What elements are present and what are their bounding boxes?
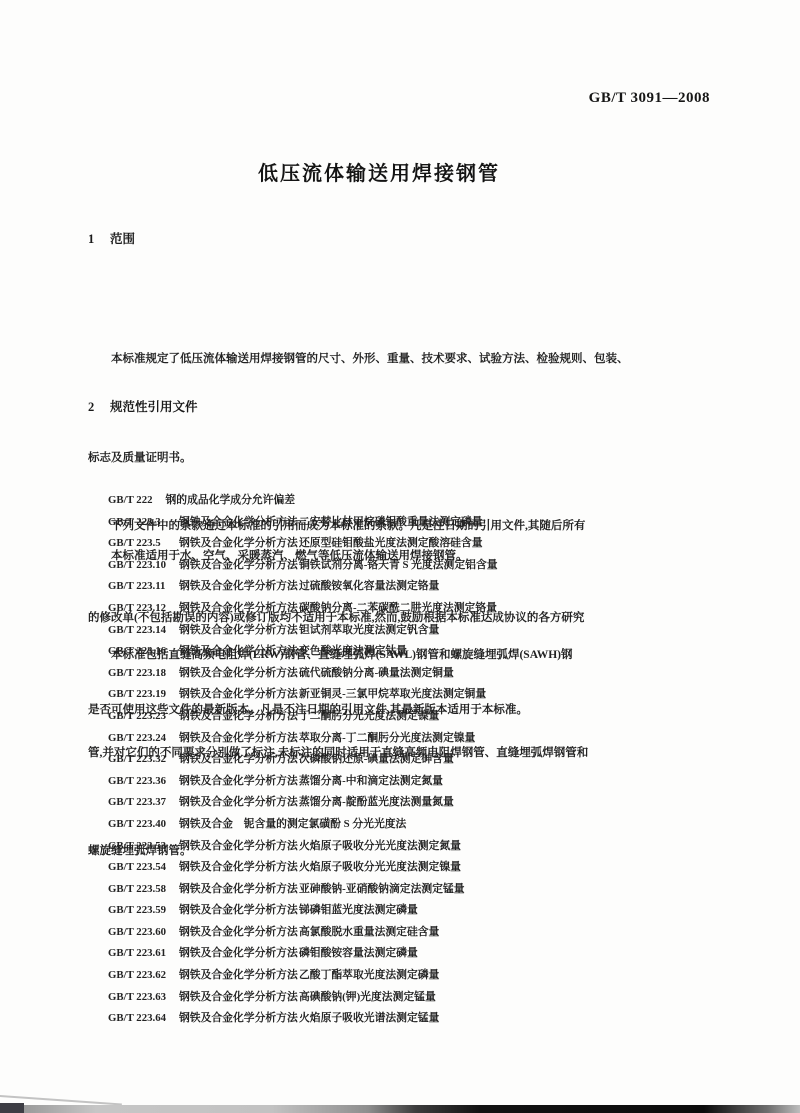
reference-desc: 乙酸丁酯萃取光度法测定磷量 bbox=[299, 969, 439, 981]
reference-desc: 次磷酸钠还原-碘量法测定砷含量 bbox=[299, 753, 454, 765]
reference-method: 钢铁及合金化学分析方法 bbox=[179, 836, 299, 858]
section-2-title: 规范性引用文件 bbox=[110, 400, 198, 414]
reference-desc: 锑磷钼蓝光度法测定磷量 bbox=[299, 904, 418, 916]
reference-code: GB/T 223.19 bbox=[108, 684, 179, 706]
reference-row: GB/T 223.3钢铁及合金化学分析方法二安替比林甲烷磷钼酸重量法测定磷量 bbox=[108, 512, 780, 534]
reference-method: 钢铁及合金化学分析方法 bbox=[179, 576, 299, 598]
reference-method: 钢铁及合金化学分析方法 bbox=[179, 512, 299, 534]
reference-code: GB/T 223.3 bbox=[108, 512, 179, 534]
reference-desc: 火焰原子吸收光谱法测定锰量 bbox=[299, 1012, 439, 1024]
reference-method: 钢铁及合金化学分析方法 bbox=[179, 771, 299, 793]
reference-row: GB/T 223.11钢铁及合金化学分析方法过硫酸铵氧化容量法测定铬量 bbox=[108, 576, 780, 598]
reference-method: 钢铁及合金化学分析方法 bbox=[179, 641, 299, 663]
reference-row: GB/T 223.24钢铁及合金化学分析方法萃取分离-丁二酮肟分光度法测定镍量 bbox=[108, 728, 780, 750]
reference-row: GB/T 223.12钢铁及合金化学分析方法碳酸钠分离-二苯碳酰二肼光度法测定铬… bbox=[108, 598, 780, 620]
reference-method: 钢铁及合金化学分析方法 bbox=[179, 879, 299, 901]
section-2-heading: 2规范性引用文件 bbox=[88, 397, 198, 415]
reference-row: GB/T 222钢的成品化学成分允许偏差 bbox=[108, 490, 780, 512]
reference-code: GB/T 223.23 bbox=[108, 706, 179, 728]
reference-desc: 硫代硫酸钠分离-碘量法测定铜量 bbox=[299, 667, 454, 679]
reference-row: GB/T 223.54钢铁及合金化学分析方法火焰原子吸收分光光度法测定镍量 bbox=[108, 857, 780, 879]
reference-row: GB/T 223.62钢铁及合金化学分析方法乙酸丁酯萃取光度法测定磷量 bbox=[108, 965, 780, 987]
reference-row: GB/T 223.36钢铁及合金化学分析方法蒸馏分离-中和滴定法测定氮量 bbox=[108, 771, 780, 793]
reference-row: GB/T 223.14钢铁及合金化学分析方法钽试剂萃取光度法测定钒含量 bbox=[108, 620, 780, 642]
reference-code: GB/T 223.40 bbox=[108, 814, 179, 836]
reference-method: 钢铁及合金化学分析方法 bbox=[179, 943, 299, 965]
references-list: GB/T 222钢的成品化学成分允许偏差 GB/T 223.3钢铁及合金化学分析… bbox=[108, 490, 780, 1030]
reference-method: 钢铁及合金化学分析方法 bbox=[179, 555, 299, 577]
reference-method: 钢铁及合金化学分析方法 bbox=[179, 728, 299, 750]
reference-row: GB/T 223.53钢铁及合金化学分析方法火焰原子吸收分光光度法测定氮量 bbox=[108, 836, 780, 858]
reference-method: 钢铁及合金化学分析方法 bbox=[179, 792, 299, 814]
reference-row: GB/T 223.58钢铁及合金化学分析方法亚砷酸钠-亚硝酸钠滴定法测定锰量 bbox=[108, 879, 780, 901]
reference-method: 钢铁及合金化学分析方法 bbox=[179, 965, 299, 987]
reference-method: 钢铁及合金化学分析方法 bbox=[179, 533, 299, 555]
reference-desc: 亚砷酸钠-亚硝酸钠滴定法测定锰量 bbox=[299, 883, 465, 895]
reference-desc: 铜铁试剂分离-铬天青 S 光度法测定铝含量 bbox=[299, 559, 498, 571]
reference-desc: 新亚铜灵-三氯甲烷萃取光度法测定铜量 bbox=[299, 688, 486, 700]
reference-code: GB/T 223.59 bbox=[108, 900, 179, 922]
reference-method: 钢铁及合金 铌含量的测定 bbox=[179, 814, 309, 836]
reference-row: GB/T 223.59钢铁及合金化学分析方法锑磷钼蓝光度法测定磷量 bbox=[108, 900, 780, 922]
reference-desc: 萃取分离-丁二酮肟分光度法测定镍量 bbox=[299, 732, 475, 744]
reference-desc: 高碘酸钠(钾)光度法测定锰量 bbox=[299, 991, 436, 1003]
reference-code: GB/T 223.62 bbox=[108, 965, 179, 987]
reference-method: 钢铁及合金化学分析方法 bbox=[179, 987, 299, 1009]
reference-row: GB/T 223.18钢铁及合金化学分析方法硫代硫酸钠分离-碘量法测定铜量 bbox=[108, 663, 780, 685]
reference-code: GB/T 223.12 bbox=[108, 598, 179, 620]
reference-desc: 变色酸光度法测定钛量 bbox=[299, 645, 407, 657]
reference-code: GB/T 223.61 bbox=[108, 943, 179, 965]
reference-row: GB/T 223.61钢铁及合金化学分析方法磷钼酸铵容量法测定磷量 bbox=[108, 943, 780, 965]
reference-desc: 蒸馏分离-中和滴定法测定氮量 bbox=[299, 775, 443, 787]
section-1-title: 范围 bbox=[110, 232, 135, 246]
reference-desc: 火焰原子吸收分光光度法测定镍量 bbox=[299, 861, 461, 873]
reference-method: 钢铁及合金化学分析方法 bbox=[179, 663, 299, 685]
reference-desc: 钽试剂萃取光度法测定钒含量 bbox=[299, 624, 439, 636]
reference-desc: 蒸馏分离-靛酚蓝光度法测量氮量 bbox=[299, 796, 454, 808]
reference-code: GB/T 223.60 bbox=[108, 922, 179, 944]
scan-artifact-corner-chip bbox=[0, 1103, 24, 1113]
reference-row: GB/T 223.19钢铁及合金化学分析方法新亚铜灵-三氯甲烷萃取光度法测定铜量 bbox=[108, 684, 780, 706]
reference-method: 钢铁及合金化学分析方法 bbox=[179, 706, 299, 728]
reference-code: GB/T 223.11 bbox=[108, 576, 179, 598]
scan-artifact-bottom-edge bbox=[0, 1105, 800, 1113]
section-1-heading: 1范围 bbox=[88, 229, 135, 247]
reference-code: GB/T 223.37 bbox=[108, 792, 179, 814]
reference-code: GB/T 222 bbox=[108, 490, 153, 512]
reference-desc: 火焰原子吸收分光光度法测定氮量 bbox=[299, 840, 461, 852]
reference-code: GB/T 223.36 bbox=[108, 771, 179, 793]
reference-code: GB/T 223.5 bbox=[108, 533, 179, 555]
reference-code: GB/T 223.24 bbox=[108, 728, 179, 750]
reference-code: GB/T 223.16 bbox=[108, 641, 179, 663]
reference-desc: 过硫酸铵氧化容量法测定铬量 bbox=[299, 580, 439, 592]
reference-desc: 还原型硅钼酸盐光度法测定酸溶硅含量 bbox=[299, 537, 483, 549]
document-title: 低压流体输送用焊接钢管 bbox=[88, 157, 670, 186]
reference-row: GB/T 223.37钢铁及合金化学分析方法蒸馏分离-靛酚蓝光度法测量氮量 bbox=[108, 792, 780, 814]
section-1-number: 1 bbox=[88, 232, 98, 247]
reference-row: GB/T 223.23钢铁及合金化学分析方法丁二酮肟分光光度法测定镍量 bbox=[108, 706, 780, 728]
reference-row: GB/T 223.16钢铁及合金化学分析方法变色酸光度法测定钛量 bbox=[108, 641, 780, 663]
reference-row: GB/T 223.63钢铁及合金化学分析方法高碘酸钠(钾)光度法测定锰量 bbox=[108, 987, 780, 1009]
reference-code: GB/T 223.10 bbox=[108, 555, 179, 577]
reference-method: 钢铁及合金化学分析方法 bbox=[179, 684, 299, 706]
reference-code: GB/T 223.54 bbox=[108, 857, 179, 879]
reference-code: GB/T 223.58 bbox=[108, 879, 179, 901]
reference-desc: 氯磺酚 S 分光光度法 bbox=[309, 818, 407, 830]
reference-method: 钢铁及合金化学分析方法 bbox=[179, 900, 299, 922]
reference-code: GB/T 223.14 bbox=[108, 620, 179, 642]
reference-row: GB/T 223.40钢铁及合金 铌含量的测定氯磺酚 S 分光光度法 bbox=[108, 814, 780, 836]
paragraph-line: 本标准规定了低压流体输送用焊接钢管的尺寸、外形、重量、技术要求、试验方法、检验规… bbox=[88, 347, 760, 372]
scanned-document-page: GB/T 3091—2008 低压流体输送用焊接钢管 1范围 本标准规定了低压流… bbox=[0, 0, 800, 1113]
reference-row: GB/T 223.10钢铁及合金化学分析方法铜铁试剂分离-铬天青 S 光度法测定… bbox=[108, 555, 780, 577]
reference-code: GB/T 223.64 bbox=[108, 1008, 179, 1030]
reference-code: GB/T 223.63 bbox=[108, 987, 179, 1009]
standard-code: GB/T 3091—2008 bbox=[589, 90, 710, 107]
section-2-number: 2 bbox=[88, 400, 98, 415]
reference-row: GB/T 223.64钢铁及合金化学分析方法火焰原子吸收光谱法测定锰量 bbox=[108, 1008, 780, 1030]
reference-desc: 磷钼酸铵容量法测定磷量 bbox=[299, 947, 418, 959]
reference-method: 钢铁及合金化学分析方法 bbox=[179, 749, 299, 771]
reference-code: GB/T 223.18 bbox=[108, 663, 179, 685]
reference-method: 钢铁及合金化学分析方法 bbox=[179, 598, 299, 620]
reference-desc: 钢的成品化学成分允许偏差 bbox=[166, 494, 296, 506]
reference-code: GB/T 223.32 bbox=[108, 749, 179, 771]
reference-method: 钢铁及合金化学分析方法 bbox=[179, 620, 299, 642]
reference-method: 钢铁及合金化学分析方法 bbox=[179, 1008, 299, 1030]
reference-desc: 丁二酮肟分光光度法测定镍量 bbox=[299, 710, 439, 722]
reference-row: GB/T 223.32钢铁及合金化学分析方法次磷酸钠还原-碘量法测定砷含量 bbox=[108, 749, 780, 771]
reference-row: GB/T 223.5钢铁及合金化学分析方法还原型硅钼酸盐光度法测定酸溶硅含量 bbox=[108, 533, 780, 555]
reference-method: 钢铁及合金化学分析方法 bbox=[179, 922, 299, 944]
reference-row: GB/T 223.60钢铁及合金化学分析方法高氯酸脱水重量法测定硅含量 bbox=[108, 922, 780, 944]
reference-code: GB/T 223.53 bbox=[108, 836, 179, 858]
reference-desc: 高氯酸脱水重量法测定硅含量 bbox=[299, 926, 439, 938]
reference-method: 钢铁及合金化学分析方法 bbox=[179, 857, 299, 879]
reference-desc: 二安替比林甲烷磷钼酸重量法测定磷量 bbox=[299, 516, 483, 528]
reference-desc: 碳酸钠分离-二苯碳酰二肼光度法测定铬量 bbox=[299, 602, 497, 614]
